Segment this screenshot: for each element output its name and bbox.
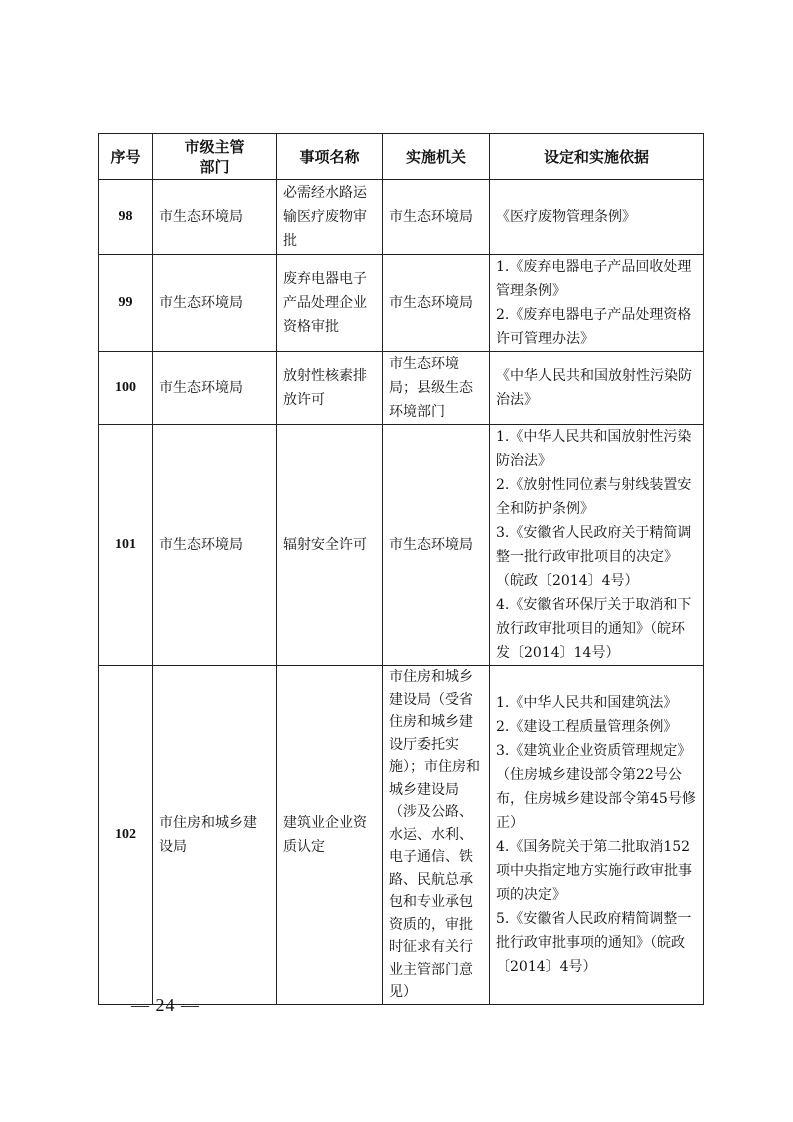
header-serial: 序号 <box>99 134 153 180</box>
table-row: 98 市生态环境局 必需经水路运输医疗废物审批 市生态环境局 《医疗废物管理条例… <box>99 180 704 255</box>
table-header-row: 序号 市级主管 部门 事项名称 实施机关 设定和实施依据 <box>99 134 704 180</box>
row-basis: 《医疗废物管理条例》 <box>490 180 704 255</box>
row-basis: 1.《中华人民共和国放射性污染防治法》 2.《放射性同位素与射线装置安全和防护条… <box>490 425 704 666</box>
basis-entry: 2.《放射性同位素与射线装置安全和防护条例》 <box>496 473 697 521</box>
row-serial: 101 <box>99 425 153 666</box>
row-item-name: 放射性核素排放许可 <box>277 352 383 425</box>
row-serial: 99 <box>99 255 153 352</box>
table-row: 101 市生态环境局 辐射安全许可 市生态环境局 1.《中华人民共和国放射性污染… <box>99 425 704 666</box>
table-row: 102 市住房和城乡建设局 建筑业企业资质认定 市住房和城乡建设局（受省住房和城… <box>99 666 704 1005</box>
header-item-name: 事项名称 <box>277 134 383 180</box>
row-serial: 100 <box>99 352 153 425</box>
basis-entry: 4.《安徽省环保厅关于取消和下放行政审批项目的通知》（皖环发〔2014〕14号） <box>496 593 697 665</box>
row-dept: 市住房和城乡建设局 <box>153 666 277 1005</box>
row-dept: 市生态环境局 <box>153 425 277 666</box>
row-item-name: 辐射安全许可 <box>277 425 383 666</box>
row-serial: 102 <box>99 666 153 1005</box>
row-basis: 1.《废弃电器电子产品回收处理管理条例》 2.《废弃电器电子产品处理资格许可管理… <box>490 255 704 352</box>
basis-entry: 《医疗废物管理条例》 <box>496 205 697 229</box>
row-item-name: 建筑业企业资质认定 <box>277 666 383 1005</box>
row-item-name: 废弃电器电子产品处理企业资格审批 <box>277 255 383 352</box>
basis-entry: 2.《建设工程质量管理条例》 <box>496 715 697 739</box>
basis-entry: 3.《建筑业企业资质管理规定》（住房城乡建设部令第22号公布，住房城乡建设部令第… <box>496 739 697 835</box>
row-agency: 市生态环境局 <box>383 255 490 352</box>
basis-entry: 《中华人民共和国放射性污染防治法》 <box>496 364 697 412</box>
basis-entry: 1.《中华人民共和国建筑法》 <box>496 691 697 715</box>
row-agency: 市生态环境局；县级生态环境部门 <box>383 352 490 425</box>
basis-entry: 5.《安徽省人民政府精简调整一批行政审批事项的通知》（皖政〔2014〕4号） <box>496 907 697 979</box>
header-dept-line-1: 市级主管 <box>159 137 270 157</box>
row-basis: 1.《中华人民共和国建筑法》 2.《建设工程质量管理条例》 3.《建筑业企业资质… <box>490 666 704 1005</box>
header-agency: 实施机关 <box>383 134 490 180</box>
table-row: 100 市生态环境局 放射性核素排放许可 市生态环境局；县级生态环境部门 《中华… <box>99 352 704 425</box>
basis-entry: 3.《安徽省人民政府关于精简调整一批行政审批项目的决定》（皖政〔2014〕4号） <box>496 521 697 593</box>
basis-entry: 1.《中华人民共和国放射性污染防治法》 <box>496 425 697 473</box>
basis-entry: 2.《废弃电器电子产品处理资格许可管理办法》 <box>496 303 697 351</box>
row-dept: 市生态环境局 <box>153 255 277 352</box>
approval-items-table: 序号 市级主管 部门 事项名称 实施机关 设定和实施依据 98 市生态环境局 必… <box>98 133 704 1005</box>
basis-entry: 1.《废弃电器电子产品回收处理管理条例》 <box>496 255 697 303</box>
row-serial: 98 <box>99 180 153 255</box>
page-number: — 24 — <box>131 995 200 1016</box>
row-dept: 市生态环境局 <box>153 352 277 425</box>
table-row: 99 市生态环境局 废弃电器电子产品处理企业资格审批 市生态环境局 1.《废弃电… <box>99 255 704 352</box>
header-dept: 市级主管 部门 <box>153 134 277 180</box>
basis-entry: 4.《国务院关于第二批取消152项中央指定地方实施行政审批事项的决定》 <box>496 835 697 907</box>
row-agency: 市住房和城乡建设局（受省住房和城乡建设厅委托实施）；市住房和城乡建设局（涉及公路… <box>383 666 490 1005</box>
header-dept-line-2: 部门 <box>159 157 270 177</box>
row-dept: 市生态环境局 <box>153 180 277 255</box>
row-agency: 市生态环境局 <box>383 180 490 255</box>
header-basis: 设定和实施依据 <box>490 134 704 180</box>
row-item-name: 必需经水路运输医疗废物审批 <box>277 180 383 255</box>
row-basis: 《中华人民共和国放射性污染防治法》 <box>490 352 704 425</box>
row-agency: 市生态环境局 <box>383 425 490 666</box>
